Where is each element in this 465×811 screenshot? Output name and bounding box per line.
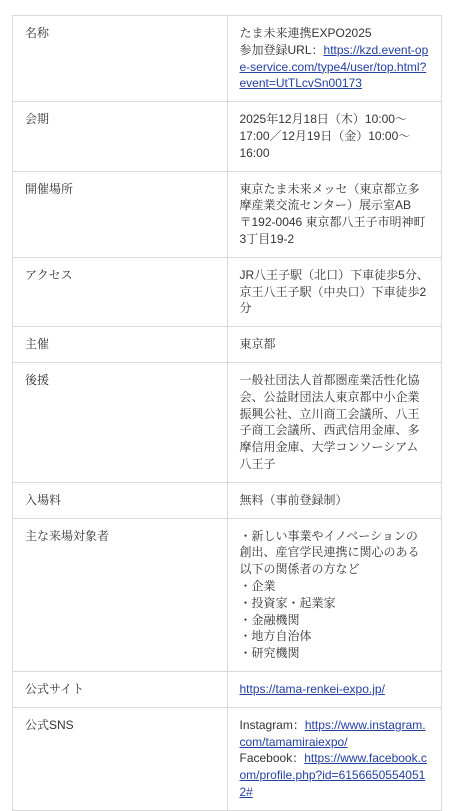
row-value-access: JR八王子駅（北口）下車徒歩5分、京王八王子駅（中央口）下車徒歩2分 xyxy=(227,257,442,326)
registration-url-line: 参加登録URL：https://kzd.event-ope-service.co… xyxy=(240,42,430,92)
table-row-dates: 会期 2025年12月18日（木）10:00～17:00／12月19日（金）10… xyxy=(13,102,442,171)
audience-item-research: ・研究機関 xyxy=(240,645,430,662)
facebook-label: Facebook： xyxy=(240,751,305,765)
row-label-venue: 開催場所 xyxy=(13,171,228,257)
official-site-link[interactable]: https://tama-renkei-expo.jp/ xyxy=(240,682,385,696)
row-label-official-sns: 公式SNS xyxy=(13,707,228,810)
row-label-admission: 入場料 xyxy=(13,482,228,518)
row-value-venue: 東京たま未来メッセ（東京都立多摩産業交流センター）展示室AB 〒192-0046… xyxy=(227,171,442,257)
admission-text: 無料（事前登録制） xyxy=(240,492,430,509)
table-row-admission: 入場料 無料（事前登録制） xyxy=(13,482,442,518)
row-value-official-site: https://tama-renkei-expo.jp/ xyxy=(227,671,442,707)
audience-intro-text: ・新しい事業やイノベーションの創出、産官学民連携に関心のある以下の関係者の方など xyxy=(240,528,430,578)
event-info-table: 名称 たま未来連携EXPO2025 参加登録URL：https://kzd.ev… xyxy=(12,15,442,811)
row-label-dates: 会期 xyxy=(13,102,228,171)
audience-item-financial: ・金融機関 xyxy=(240,612,430,629)
registration-url-label: 参加登録URL： xyxy=(240,43,324,57)
table-row-official-sns: 公式SNS Instagram：https://www.instagram.co… xyxy=(13,707,442,810)
supporters-text: 一般社団法人首都圏産業活性化協会、公益財団法人東京都中小企業振興公社、立川商工会… xyxy=(240,372,430,473)
row-label-official-site: 公式サイト xyxy=(13,671,228,707)
table-row-venue: 開催場所 東京たま未来メッセ（東京都立多摩産業交流センター）展示室AB 〒192… xyxy=(13,171,442,257)
row-value-official-sns: Instagram：https://www.instagram.com/tama… xyxy=(227,707,442,810)
audience-item-local-gov: ・地方自治体 xyxy=(240,628,430,645)
row-value-organizer: 東京都 xyxy=(227,327,442,363)
row-value-admission: 無料（事前登録制） xyxy=(227,482,442,518)
facebook-line: Facebook：https://www.facebook.com/profil… xyxy=(240,750,430,800)
instagram-label: Instagram： xyxy=(240,718,305,732)
event-name-text: たま未来連携EXPO2025 xyxy=(240,25,430,42)
row-label-audience: 主な来場対象者 xyxy=(13,518,228,671)
table-row-supporters: 後援 一般社団法人首都圏産業活性化協会、公益財団法人東京都中小企業振興公社、立川… xyxy=(13,362,442,482)
row-label-supporters: 後援 xyxy=(13,362,228,482)
audience-item-companies: ・企業 xyxy=(240,578,430,595)
table-row-access: アクセス JR八王子駅（北口）下車徒歩5分、京王八王子駅（中央口）下車徒歩2分 xyxy=(13,257,442,326)
instagram-line: Instagram：https://www.instagram.com/tama… xyxy=(240,717,430,751)
table-row-name: 名称 たま未来連携EXPO2025 参加登録URL：https://kzd.ev… xyxy=(13,16,442,102)
row-value-supporters: 一般社団法人首都圏産業活性化協会、公益財団法人東京都中小企業振興公社、立川商工会… xyxy=(227,362,442,482)
row-value-audience: ・新しい事業やイノベーションの創出、産官学民連携に関心のある以下の関係者の方など… xyxy=(227,518,442,671)
event-info-page: 名称 たま未来連携EXPO2025 参加登録URL：https://kzd.ev… xyxy=(0,0,465,640)
venue-address-text: 〒192-0046 東京都八王子市明神町3丁目19-2 xyxy=(240,214,430,248)
event-dates-text: 2025年12月18日（木）10:00～17:00／12月19日（金）10:00… xyxy=(240,111,430,161)
official-site-line: https://tama-renkei-expo.jp/ xyxy=(240,681,430,698)
venue-name-text: 東京たま未来メッセ（東京都立多摩産業交流センター）展示室AB xyxy=(240,181,430,215)
table-row-audience: 主な来場対象者 ・新しい事業やイノベーションの創出、産官学民連携に関心のある以下… xyxy=(13,518,442,671)
row-label-name: 名称 xyxy=(13,16,228,102)
row-value-dates: 2025年12月18日（木）10:00～17:00／12月19日（金）10:00… xyxy=(227,102,442,171)
audience-item-investors: ・投資家・起業家 xyxy=(240,595,430,612)
table-row-official-site: 公式サイト https://tama-renkei-expo.jp/ xyxy=(13,671,442,707)
row-label-organizer: 主催 xyxy=(13,327,228,363)
row-value-name: たま未来連携EXPO2025 参加登録URL：https://kzd.event… xyxy=(227,16,442,102)
access-text: JR八王子駅（北口）下車徒歩5分、京王八王子駅（中央口）下車徒歩2分 xyxy=(240,267,430,317)
table-row-organizer: 主催 東京都 xyxy=(13,327,442,363)
organizer-text: 東京都 xyxy=(240,336,430,353)
row-label-access: アクセス xyxy=(13,257,228,326)
